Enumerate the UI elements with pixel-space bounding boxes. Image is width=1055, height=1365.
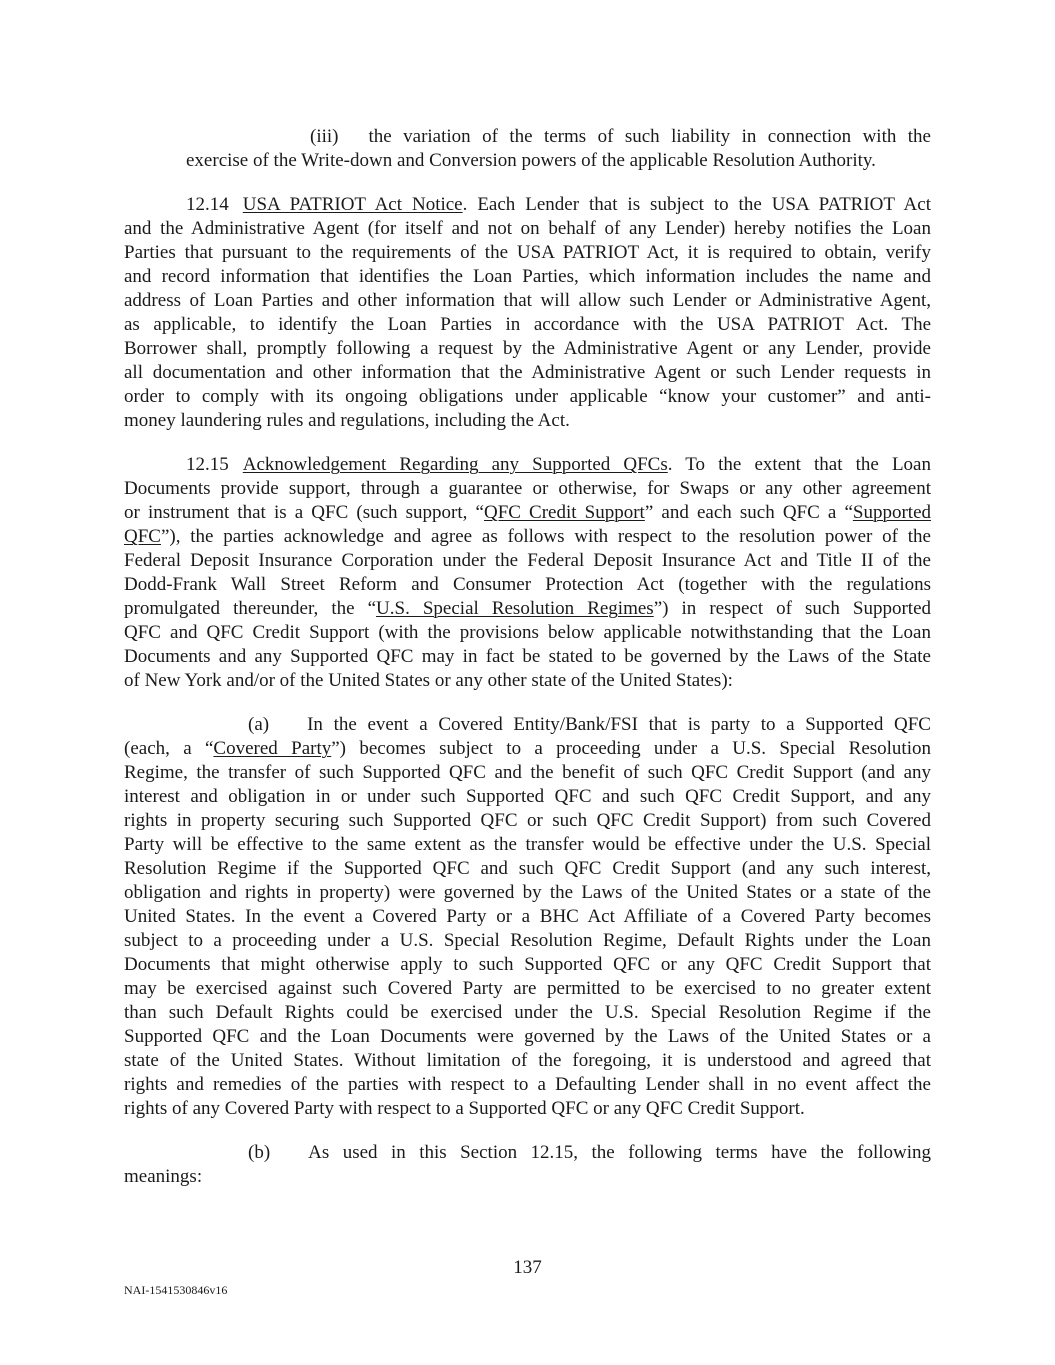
- section-number: 12.14: [186, 194, 229, 215]
- clause-a-line: than such Default Rights could be exerci…: [124, 1001, 931, 1025]
- document-id: NAI-1541530846v16: [124, 1283, 227, 1298]
- section-12-14-line: and the Administrative Agent (for itself…: [124, 217, 931, 241]
- clause-a-line: rights of any Covered Party with respect…: [124, 1097, 931, 1121]
- clause-a-line-1: (a)In the event a Covered Entity/Bank/FS…: [248, 713, 931, 737]
- clause-a-line: state of the United States. Without limi…: [124, 1049, 931, 1073]
- section-12-14-line: order to comply with its ongoing obligat…: [124, 385, 931, 409]
- section-heading: USA PATRIOT Act Notice: [243, 194, 463, 215]
- defined-term-supported-qfc: Supported: [853, 502, 931, 523]
- defined-term-supported-qfc-cont: QFC: [124, 526, 161, 547]
- section-12-14-line: money laundering rules and regulations, …: [124, 409, 931, 433]
- defined-term-us-special-resolution-regimes: U.S. Special Resolution Regimes: [376, 598, 654, 619]
- section-12-15-line: promulgated thereunder, the “U.S. Specia…: [124, 597, 931, 621]
- section-12-15-line: Dodd-Frank Wall Street Reform and Consum…: [124, 573, 931, 597]
- clause-a-line: Resolution Regime if the Supported QFC a…: [124, 857, 931, 881]
- clause-a-line: Regime, the transfer of such Supported Q…: [124, 761, 931, 785]
- section-12-14-line: and record information that identifies t…: [124, 265, 931, 289]
- clause-a-line: obligation and rights in property) were …: [124, 881, 931, 905]
- clause-a-line: interest and obligation in or under such…: [124, 785, 931, 809]
- defined-term-qfc-credit-support: QFC Credit Support: [484, 502, 645, 523]
- section-12-15-line: QFC and QFC Credit Support (with the pro…: [124, 621, 931, 645]
- clause-a-line: subject to a proceeding under a U.S. Spe…: [124, 929, 931, 953]
- section-12-14-line: all documentation and other information …: [124, 361, 931, 385]
- clause-iii-line-2: exercise of the Write-down and Conversio…: [186, 149, 931, 173]
- section-12-14-line: Parties that pursuant to the requirement…: [124, 241, 931, 265]
- clause-a-line: Documents that might otherwise apply to …: [124, 953, 931, 977]
- clause-a-line: rights and remedies of the parties with …: [124, 1073, 931, 1097]
- section-12-15-line: QFC”), the parties acknowledge and agree…: [124, 525, 931, 549]
- clause-a-line: (each, a “Covered Party”) becomes subjec…: [124, 737, 931, 761]
- section-12-14-line-1: 12.14USA PATRIOT Act Notice. Each Lender…: [186, 193, 931, 217]
- clause-a-line: rights in property securing such Support…: [124, 809, 931, 833]
- section-12-14-line: Borrower shall, promptly following a req…: [124, 337, 931, 361]
- clause-a-line: United States. In the event a Covered Pa…: [124, 905, 931, 929]
- clause-a-line: Party will be effective to the same exte…: [124, 833, 931, 857]
- page-number: 137: [0, 1257, 1055, 1279]
- section-12-15-line: or instrument that is a QFC (such suppor…: [124, 501, 931, 525]
- clause-a-line: may be exercised against such Covered Pa…: [124, 977, 931, 1001]
- clause-b-line-1: (b)As used in this Section 12.15, the fo…: [248, 1141, 931, 1165]
- section-12-15-line: Documents provide support, through a gua…: [124, 477, 931, 501]
- defined-term-covered-party: Covered Party: [213, 738, 331, 759]
- clause-a-line: Supported QFC and the Loan Documents wer…: [124, 1025, 931, 1049]
- section-12-15-line: Federal Deposit Insurance Corporation un…: [124, 549, 931, 573]
- clause-b-line-2: meanings:: [124, 1165, 931, 1189]
- section-heading: Acknowledgement Regarding any Supported …: [243, 454, 668, 475]
- document-page: (iii)the variation of the terms of such …: [0, 0, 1055, 1365]
- clause-a-label: (a): [248, 714, 269, 735]
- section-12-15-line-1: 12.15Acknowledgement Regarding any Suppo…: [186, 453, 931, 477]
- clause-iii-label: (iii): [310, 126, 339, 147]
- section-12-14-line: as applicable, to identify the Loan Part…: [124, 313, 931, 337]
- section-number: 12.15: [186, 454, 229, 475]
- section-12-15-line: of New York and/or of the United States …: [124, 669, 931, 693]
- section-12-15-line: Documents and any Supported QFC may in f…: [124, 645, 931, 669]
- clause-iii-line-1: (iii)the variation of the terms of such …: [310, 125, 931, 149]
- section-12-14-line: address of Loan Parties and other inform…: [124, 289, 931, 313]
- clause-b-label: (b): [248, 1142, 270, 1163]
